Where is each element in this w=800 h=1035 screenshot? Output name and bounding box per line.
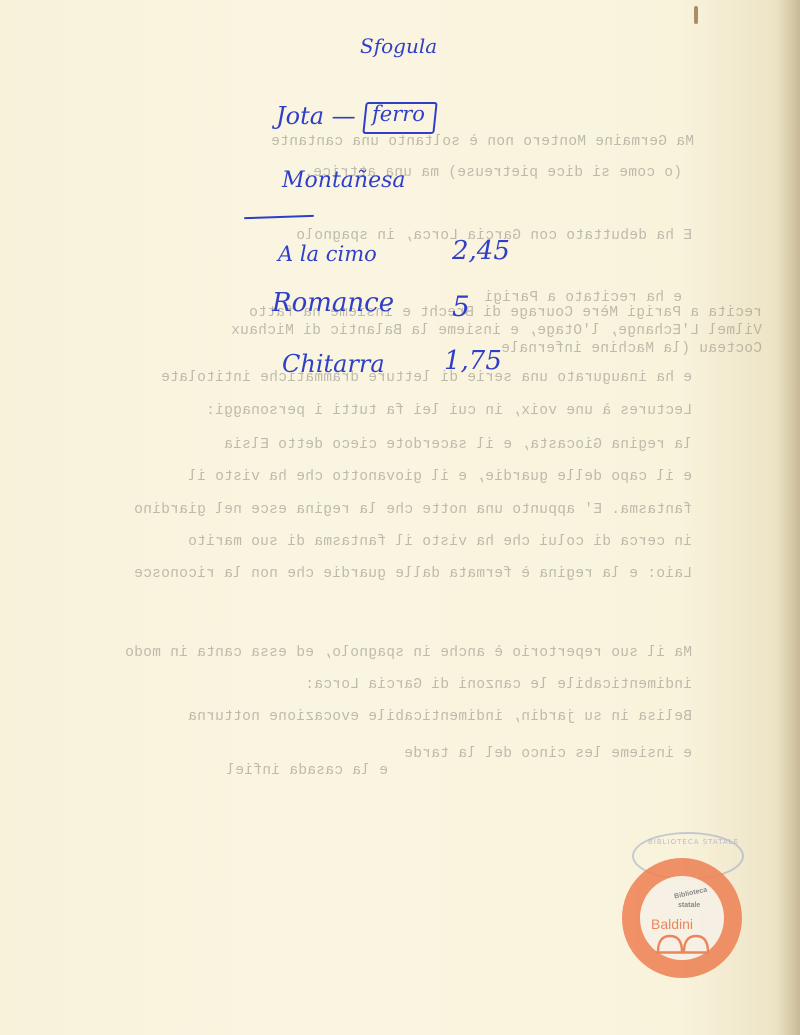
- handwritten-chitarra: Chitarra: [282, 350, 385, 378]
- bleed-line: e il capo delle guardie, e il giovanotto…: [188, 469, 692, 485]
- stamp-text: BIBLIOTECA STATALE: [648, 838, 739, 846]
- bleed-line: Vilmel L'Echange, l'Otage, e insieme la …: [231, 323, 762, 339]
- handwritten-jota: Jota —: [276, 102, 356, 130]
- logo-inner-circle: Biblioteca statale Baldini: [640, 876, 724, 960]
- document-page: Ma Germaine Montero non è soltanto una c…: [0, 0, 800, 1035]
- bleed-line: Belisa in su jardin, indimenticabile evo…: [188, 709, 692, 725]
- handwritten-value-2: 5: [452, 290, 470, 323]
- bleed-line: la regina Giocasta, e il sacerdote cieco…: [224, 437, 692, 453]
- handwritten-value-1: 2,45: [452, 236, 510, 266]
- bleed-line: Ma Germaine Montero non è soltanto una c…: [271, 134, 694, 150]
- bleed-line: Ma il suo repertorio è anche in spagnolo…: [125, 645, 692, 661]
- bleed-line: e insieme les cinco del la tarde: [404, 746, 692, 762]
- baldini-logo: Biblioteca statale Baldini: [622, 858, 742, 978]
- bleed-line: e ha recitato a Parigi: [484, 290, 682, 306]
- bleed-line: Laio: e la regina è fermata dalle guardi…: [134, 566, 692, 582]
- handwritten-romance: Romance: [272, 288, 394, 318]
- bleed-line: Lectures à une voix, in cui lei fa tutti…: [206, 403, 692, 419]
- handwritten-a-la-cimo: A la cimo: [278, 242, 377, 266]
- logo-line2: statale: [678, 902, 700, 909]
- logo-name: Baldini: [651, 916, 693, 932]
- bleed-line: e la casada infiel: [226, 763, 388, 779]
- bleed-line: indimenticabile le canzoni di Garcia Lor…: [305, 677, 692, 693]
- handwritten-boxed-word: ferro: [372, 102, 425, 126]
- handwritten-heading: Sfogula: [360, 34, 437, 58]
- book-arches-icon: [656, 934, 710, 954]
- handwritten-value-3: 1,75: [444, 346, 502, 376]
- bleed-line: fantasma. E' appunto una notte che la re…: [134, 502, 692, 518]
- logo-line1: Biblioteca: [674, 887, 708, 901]
- handwritten-montanesa: Montañesa: [282, 168, 406, 193]
- bleed-line: in cerca di colui che ha visto il fantas…: [188, 534, 692, 550]
- bleed-line: Cocteau (la Machine infernale: [501, 341, 762, 357]
- bleed-line: e ha inaugurato una serie di letture dra…: [161, 370, 692, 386]
